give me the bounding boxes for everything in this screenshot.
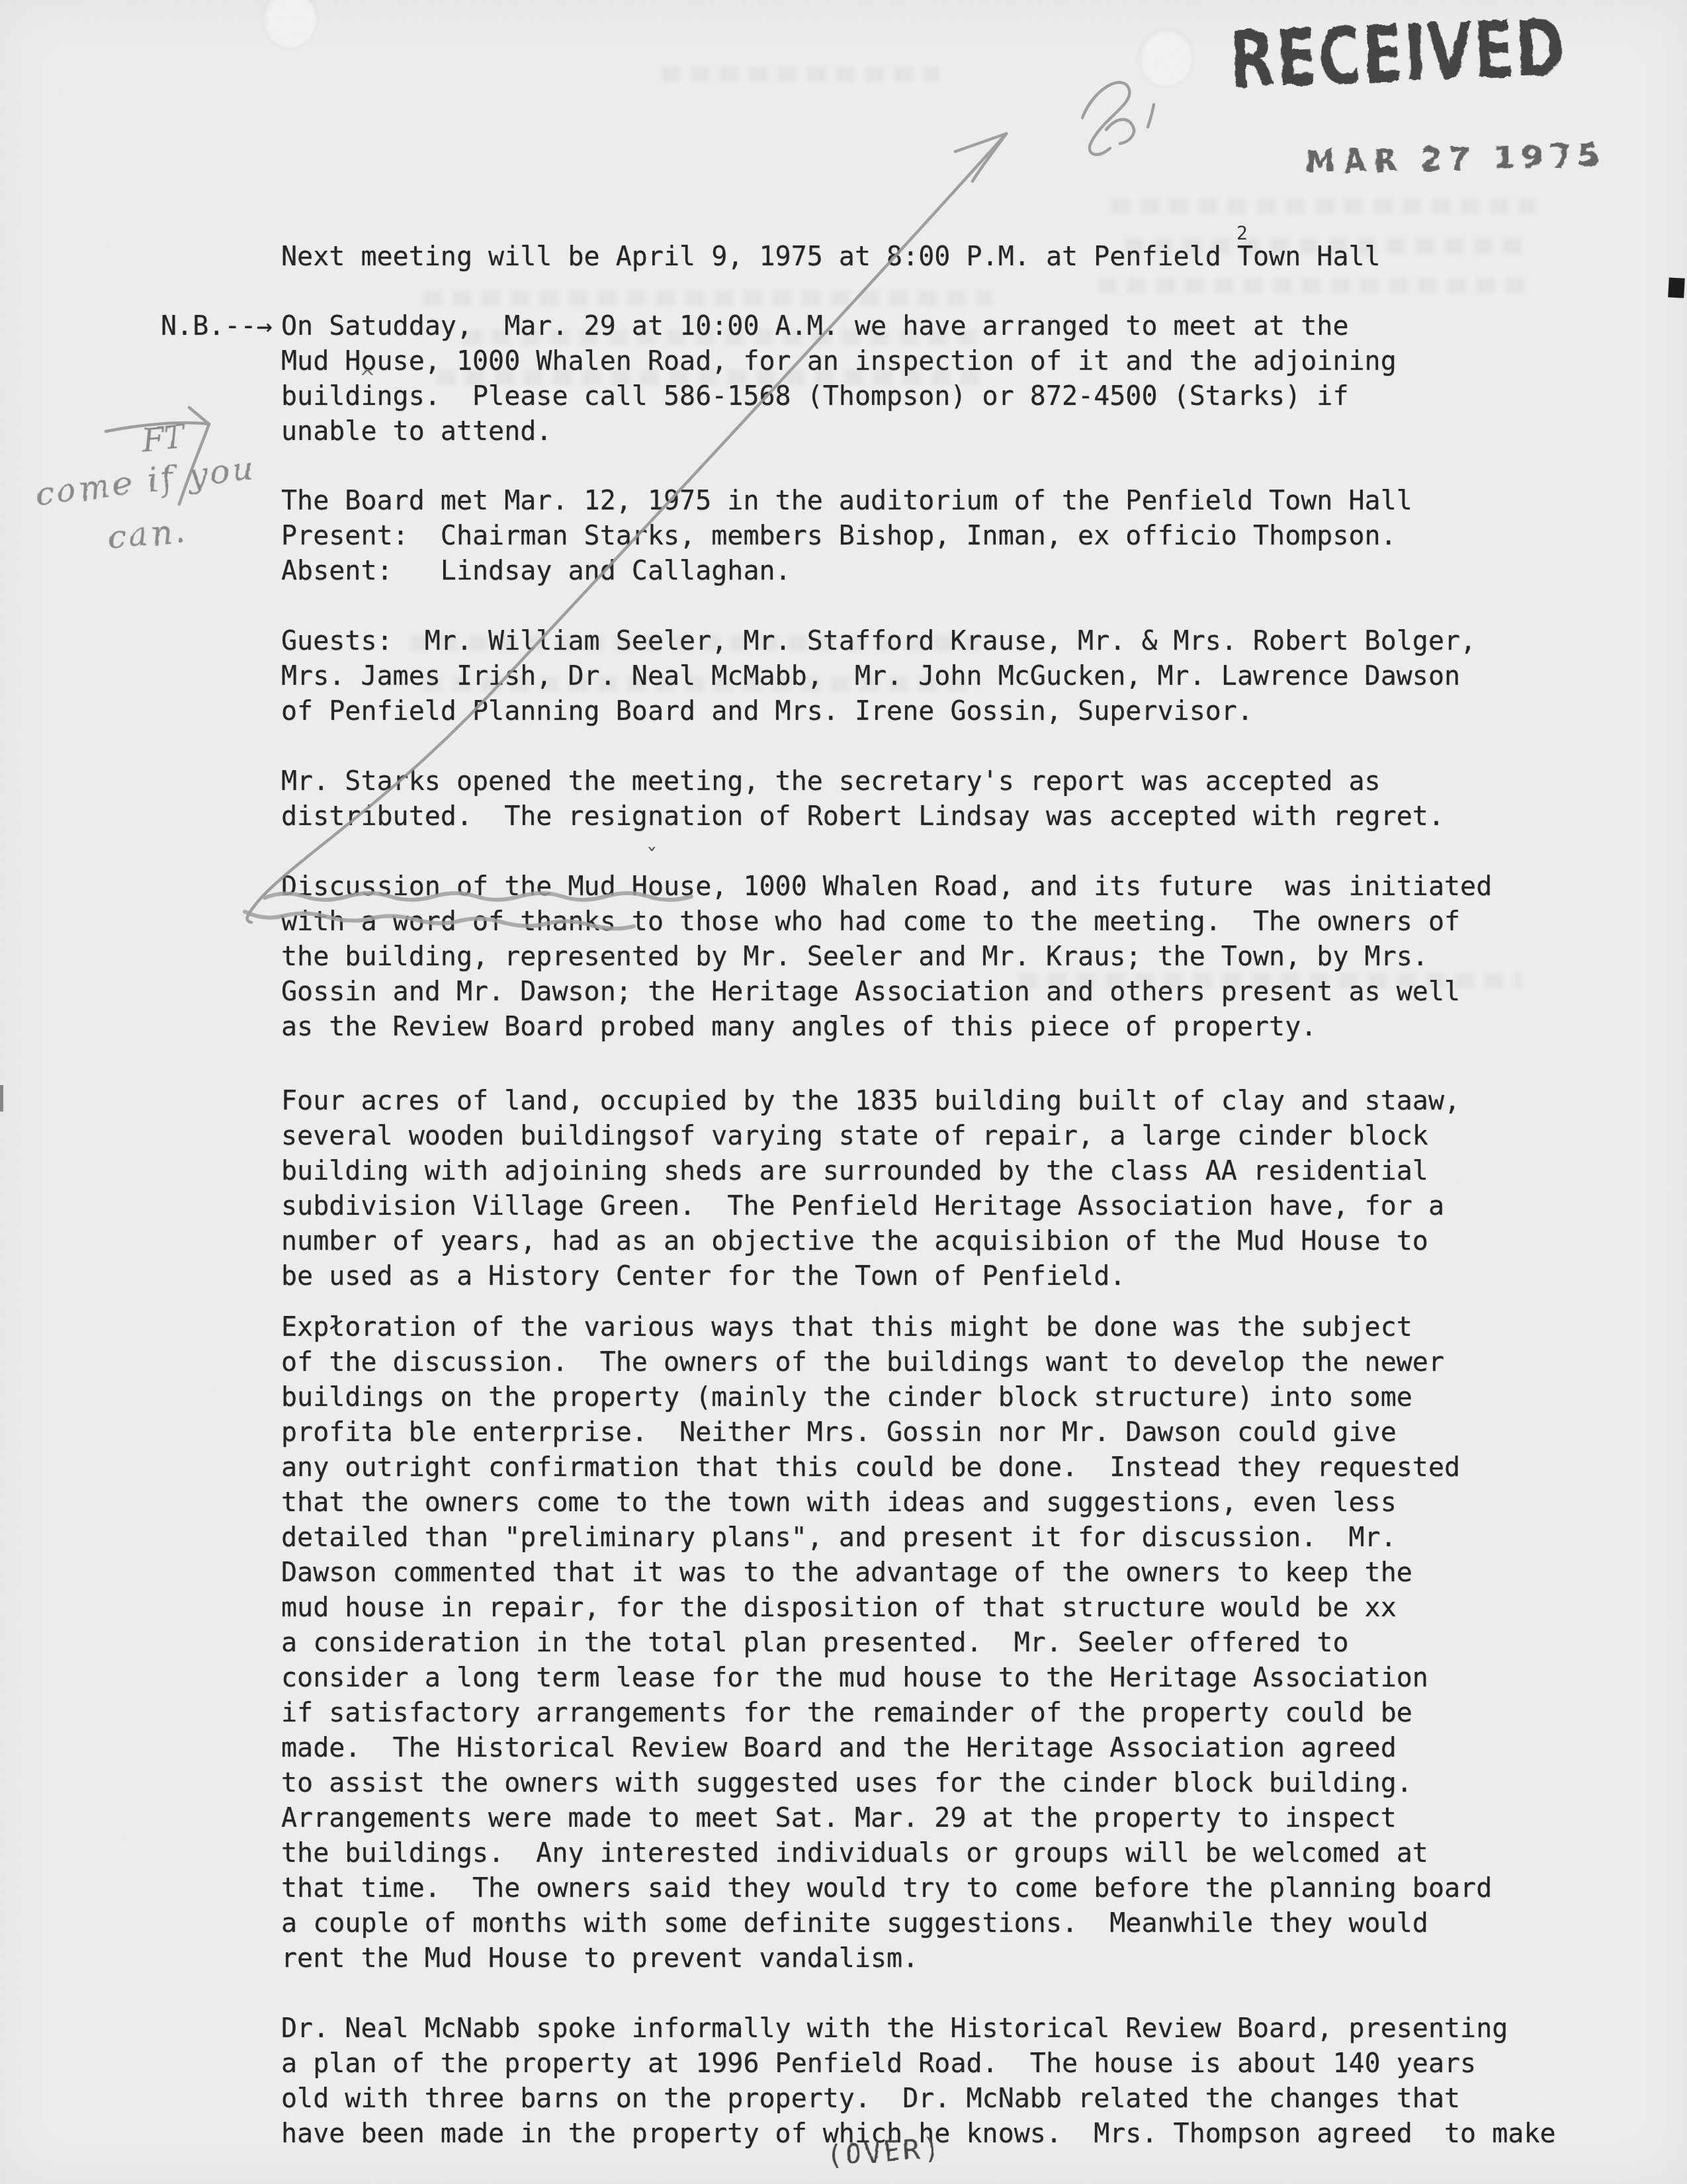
paragraph-board-met: The Board met Mar. 12, 1975 in the audit… bbox=[281, 484, 1412, 589]
margin-arrow-barb bbox=[189, 408, 209, 424]
punch-hole bbox=[263, 0, 316, 48]
received-stamp-date: MAR 27 1975 bbox=[1304, 137, 1606, 181]
handwritten-scribble bbox=[1106, 120, 1134, 144]
paragraph-four-acres: Four acres of land, occupied by the 1835… bbox=[281, 1084, 1460, 1294]
bleedthrough-mark bbox=[1098, 278, 1535, 294]
bleedthrough-mark bbox=[662, 66, 939, 82]
handwritten-initials: FT bbox=[140, 419, 187, 459]
paragraph-mcnabb: Dr. Neal McNabb spoke informally with th… bbox=[281, 2011, 1556, 2152]
handwritten-note-line2: can. bbox=[106, 511, 190, 556]
next-meeting-line: Next meeting will be April 9, 1975 at 8:… bbox=[281, 240, 1381, 275]
nb-label: N.B.--→ bbox=[161, 309, 273, 344]
breve-mark: ˇ bbox=[501, 1919, 515, 1945]
arrowhead-stroke bbox=[973, 134, 1006, 181]
paragraph-nb-notice: On Satudday, Mar. 29 at 10:00 A.M. we ha… bbox=[281, 309, 1397, 449]
bleedthrough-mark bbox=[1111, 198, 1535, 214]
paragraph-meeting-opened: Mr. Starks opened the meeting, the secre… bbox=[281, 764, 1444, 834]
received-stamp: RECEIVED bbox=[1228, 4, 1513, 106]
handwritten-page-number: 2 bbox=[1236, 222, 1248, 244]
punch-hole bbox=[1139, 29, 1192, 86]
breve-mark: ˇ bbox=[645, 844, 658, 871]
handwritten-scribble bbox=[1082, 83, 1130, 155]
paragraph-exploration: Expłoration of the various ways that thi… bbox=[281, 1310, 1492, 1976]
bleedthrough-mark bbox=[423, 290, 992, 306]
paragraph-guests: Guests: Mr. William Seeler, Mr. Stafford… bbox=[281, 624, 1476, 729]
arrowhead-stroke bbox=[955, 134, 1006, 152]
margin-ink-mark bbox=[0, 1085, 3, 1112]
scanned-document-page: RECEIVED MAR 27 1975 Next meeting will b… bbox=[0, 0, 1687, 2184]
paragraph-mud-house-discussion: Discussion of the Mud House, 1000 Whalen… bbox=[281, 869, 1492, 1045]
edge-ink-mark bbox=[1668, 277, 1685, 298]
insert-caret-mark: ^ bbox=[361, 365, 374, 392]
handwritten-scribble bbox=[1148, 105, 1154, 127]
